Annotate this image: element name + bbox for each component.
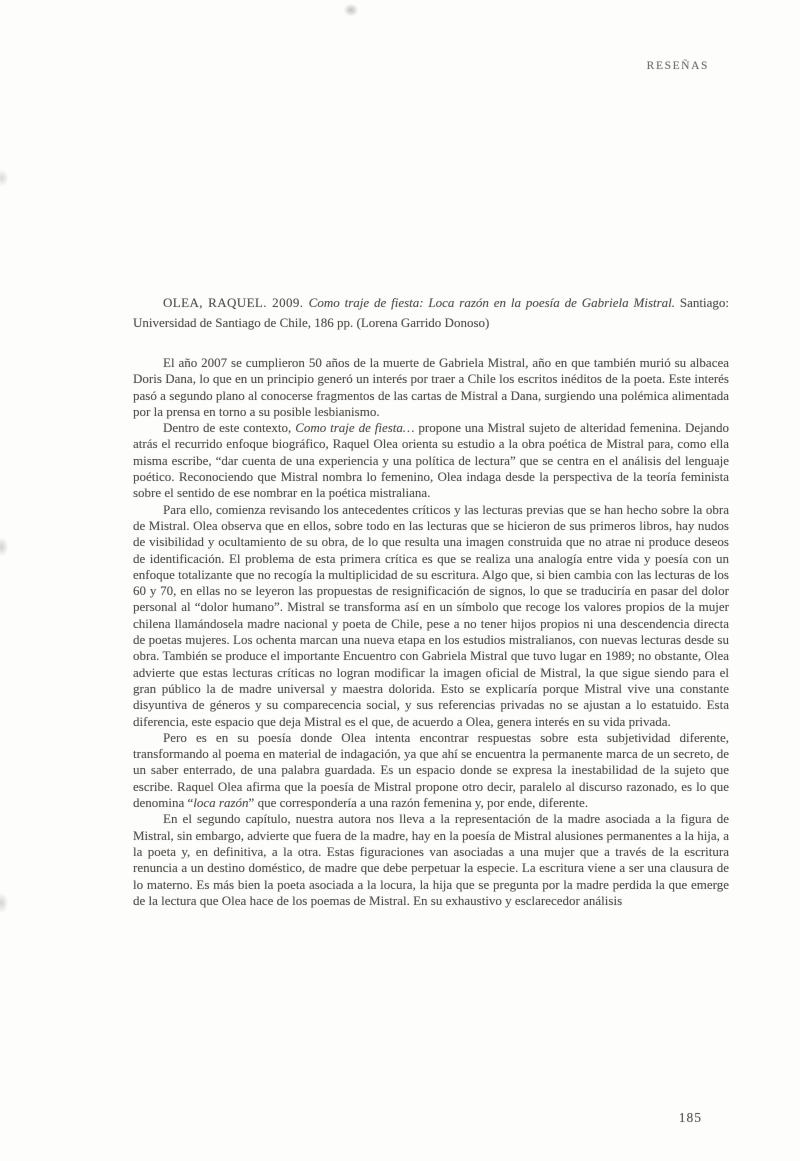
scan-smudge-left-2 bbox=[0, 538, 8, 556]
scanned-journal-page: RESEÑAS OLEA, RAQUEL. 2009. Como traje d… bbox=[0, 0, 800, 1161]
paragraph-2-book-title: Como traje de fiesta… bbox=[295, 420, 414, 435]
paragraph-1: El año 2007 se cumplieron 50 años de la … bbox=[133, 355, 729, 420]
scan-smudge-left-1 bbox=[0, 170, 8, 186]
book-citation: OLEA, RAQUEL. 2009. Como traje de fiesta… bbox=[133, 293, 729, 332]
paragraph-2: Dentro de este contexto, Como traje de f… bbox=[133, 420, 729, 501]
paragraph-3: Para ello, comienza revisando los antece… bbox=[133, 502, 729, 730]
scan-smudge-top bbox=[344, 4, 358, 16]
paragraph-2-text-before: Dentro de este contexto, bbox=[163, 420, 295, 435]
citation-author-year: OLEA, RAQUEL. 2009. bbox=[163, 295, 309, 310]
running-header: RESEÑAS bbox=[647, 60, 709, 72]
citation-book-title: Como traje de fiesta: Loca razón en la p… bbox=[309, 295, 675, 310]
review-body: OLEA, RAQUEL. 2009. Como traje de fiesta… bbox=[133, 293, 729, 909]
paragraph-5: En el segundo capítulo, nuestra autora n… bbox=[133, 811, 729, 909]
paragraph-4-text-after: ” que correspondería a una razón femenin… bbox=[249, 795, 589, 810]
page-number: 185 bbox=[679, 1110, 702, 1126]
scan-smudge-left-3 bbox=[0, 893, 8, 913]
paragraph-4-loca-razon-term: loca razón bbox=[193, 795, 248, 810]
paragraph-4: Pero es en su poesía donde Olea intenta … bbox=[133, 730, 729, 811]
